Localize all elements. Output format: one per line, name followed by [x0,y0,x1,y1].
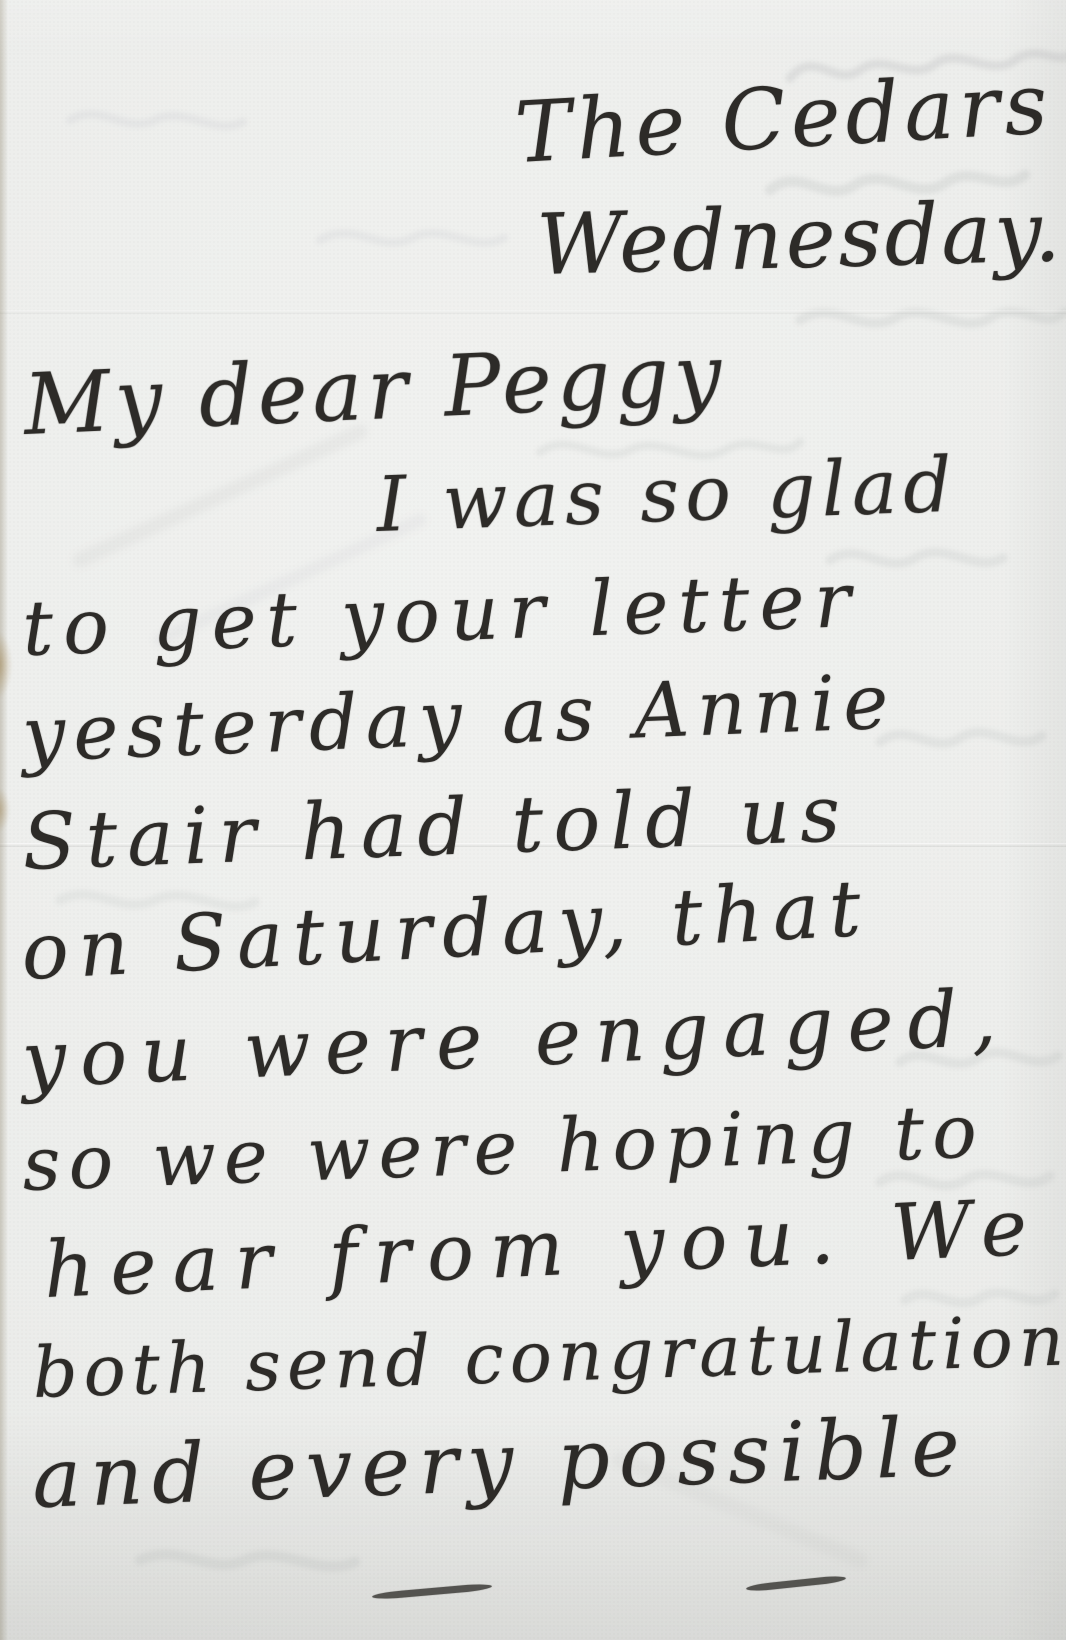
letter-body-line: you were engaged, [20,973,1012,1106]
underline-flourish-every [372,1583,492,1600]
letter-heading-place: The Cedars [513,54,1055,182]
letter-body-line: both send congratulations [31,1298,1066,1414]
letter-salutation: My dear Peggy [22,325,729,454]
letter-body-line: so we were hoping to [21,1088,986,1208]
letter-body-line: on Saturday, that [19,864,872,998]
scan-edge-left [0,0,8,1640]
fold-crease [0,310,1066,314]
letter-body-line: I was so glad [375,440,959,549]
letter-body-line: to get your letter [21,555,862,673]
letter-body-line: yesterday as Annie [21,657,898,779]
letter-page: The Cedars Wednesday. My dear Peggy I wa… [0,0,1066,1640]
letter-heading-day: Wednesday. [535,182,1064,294]
letter-body-line: and every possible [31,1399,970,1527]
underline-flourish-possible [746,1575,846,1592]
letter-body-line: hear from you. We [42,1182,1045,1316]
edge-stain [0,788,10,832]
edge-stain [0,632,12,698]
